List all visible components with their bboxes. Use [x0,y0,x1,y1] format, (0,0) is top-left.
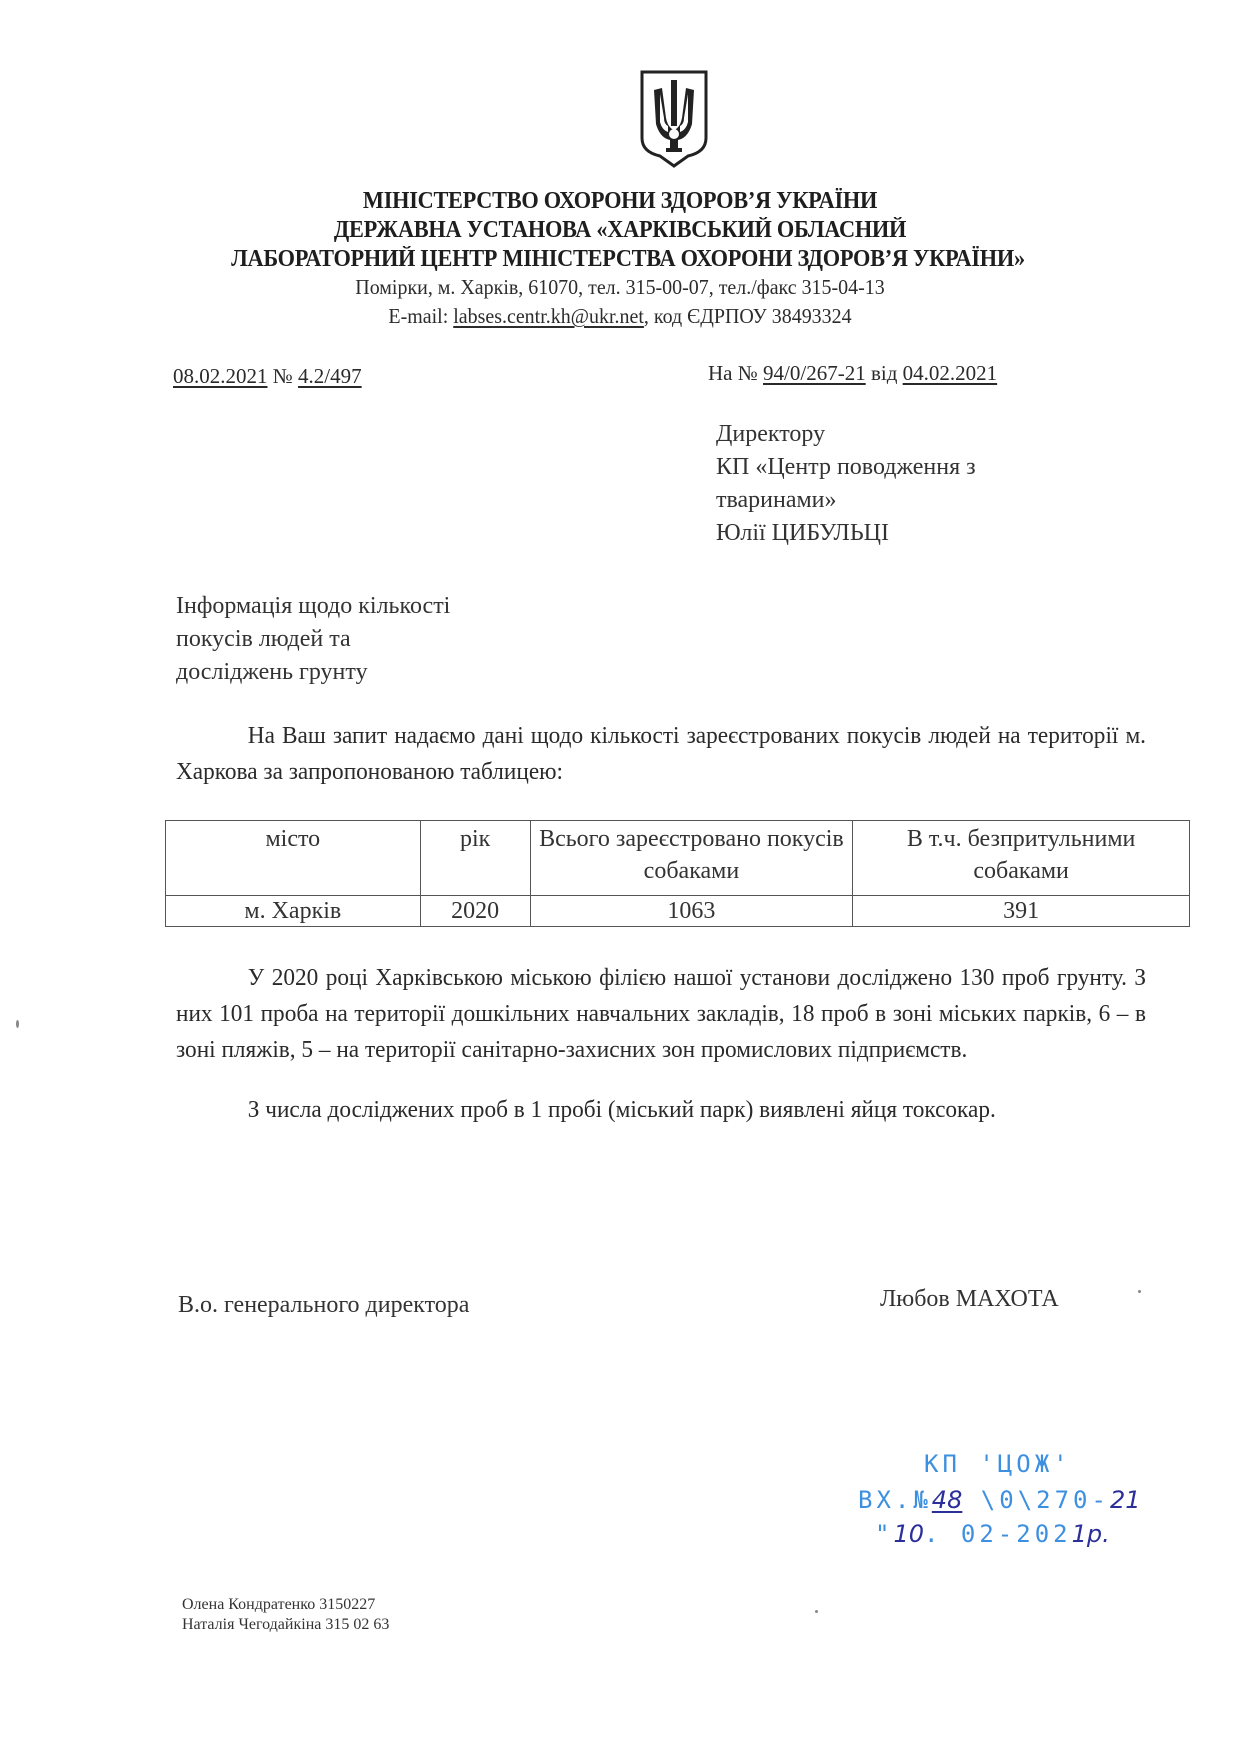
subject-line: покусів людей та [176,623,450,656]
stamp-number-suffix: \0\270- [962,1486,1110,1514]
intro-text: На Ваш запит надаємо дані щодо кількості… [176,723,1146,785]
subject-line: досліджень грунту [176,656,450,689]
intro-paragraph: На Ваш запит надаємо дані щодо кількості… [176,718,1146,790]
outgoing-registration: 08.02.2021 № 4.2/497 [173,364,362,389]
soil-text: У 2020 році Харківською міською філією н… [176,965,1146,1063]
bites-table: місто рік Всього зареєстровано покусів с… [165,820,1190,927]
number-sign: № [268,364,299,388]
addressee-name: Юлії ЦИБУЛЬЦІ [716,517,976,550]
stamp-quote: " [875,1520,893,1548]
handwritten-date-suffix: 1р. [1072,1520,1110,1548]
addressee-position: Директору [716,418,976,451]
ukraine-trident-emblem-icon [638,68,710,168]
handwritten-day: 10 [893,1520,924,1548]
scan-speck [1138,1290,1141,1293]
letterhead-contacts: E-mail: labses.centr.kh@ukr.net, код ЄДР… [31,304,1209,329]
stamp-number-label: ВХ.№ [858,1486,932,1514]
outgoing-date: 08.02.2021 [173,364,268,388]
letterhead-institution: ДЕРЖАВНА УСТАНОВА «ХАРКІВСЬКИЙ ОБЛАСНИЙ [43,217,1196,244]
reply-date: 04.02.2021 [903,361,998,385]
reply-reference: На № 94/0/267-21 від 04.02.2021 [708,361,997,386]
executor-line: Наталія Чегодайкіна 315 02 63 [182,1615,389,1635]
outgoing-number: 4.2/497 [298,364,362,388]
addressee-block: Директору КП «Центр поводження з тварина… [716,418,976,550]
stamp-date-printed: . 02-202 [924,1520,1072,1548]
handwritten-year: 21 [1110,1486,1141,1514]
edrpou-code: , код ЄДРПОУ 38493324 [644,304,852,328]
cell-year: 2020 [420,896,530,927]
signatory-position: В.о. генерального директора [178,1292,469,1319]
executors-block: Олена Кондратенко 3150227 Наталія Чегода… [182,1595,389,1635]
table-header-row: місто рік Всього зареєстровано покусів с… [166,821,1190,896]
subject-block: Інформація щодо кількості покусів людей … [176,590,450,689]
table-row: м. Харків 2020 1063 391 [166,896,1190,927]
handwritten-number: 48 [932,1486,963,1514]
addressee-organization: КП «Центр поводження з [716,451,976,484]
email-label: E-mail: [388,304,453,328]
header-city: місто [166,821,421,896]
executor-line: Олена Кондратенко 3150227 [182,1595,389,1615]
scan-speck [815,1610,818,1613]
reply-prefix: На № [708,361,763,385]
signatory-name: Любов МАХОТА [880,1286,1059,1313]
stamp-organization: КП 'ЦОЖ' [924,1446,1072,1482]
reply-from: від [866,361,903,385]
stamp-date: "10. 02-2021р. [875,1516,1110,1552]
cell-total-bites: 1063 [530,896,853,927]
header-total-bites: Всього зареєстровано покусів собаками [530,821,853,896]
toxocara-paragraph: З числа досліджених проб в 1 пробі (місь… [176,1092,1146,1128]
toxocara-text: З числа досліджених проб в 1 пробі (місь… [248,1097,996,1123]
cell-city: м. Харків [166,896,421,927]
cell-stray-bites: 391 [853,896,1190,927]
letterhead-ministry: МІНІСТЕРСТВО ОХОРОНИ ЗДОРОВ’Я УКРАЇНИ [43,188,1196,215]
addressee-organization-cont: тваринами» [716,484,976,517]
subject-line: Інформація щодо кількості [176,590,450,623]
soil-paragraph: У 2020 році Харківською міською філією н… [176,960,1146,1068]
stamp-incoming-number: ВХ.№48 \0\270-21 [858,1482,1140,1518]
email-link[interactable]: labses.centr.kh@ukr.net [453,304,644,328]
header-year: рік [420,821,530,896]
letterhead-center: ЛАБОРАТОРНИЙ ЦЕНТР МІНІСТЕРСТВА ОХОРОНИ … [51,246,1204,273]
letterhead-address: Помірки, м. Харків, 61070, тел. 315-00-0… [31,275,1209,300]
reply-number: 94/0/267-21 [763,361,866,385]
header-stray-bites: В т.ч. безпритульними собаками [853,821,1190,896]
scan-speck [16,1020,19,1028]
